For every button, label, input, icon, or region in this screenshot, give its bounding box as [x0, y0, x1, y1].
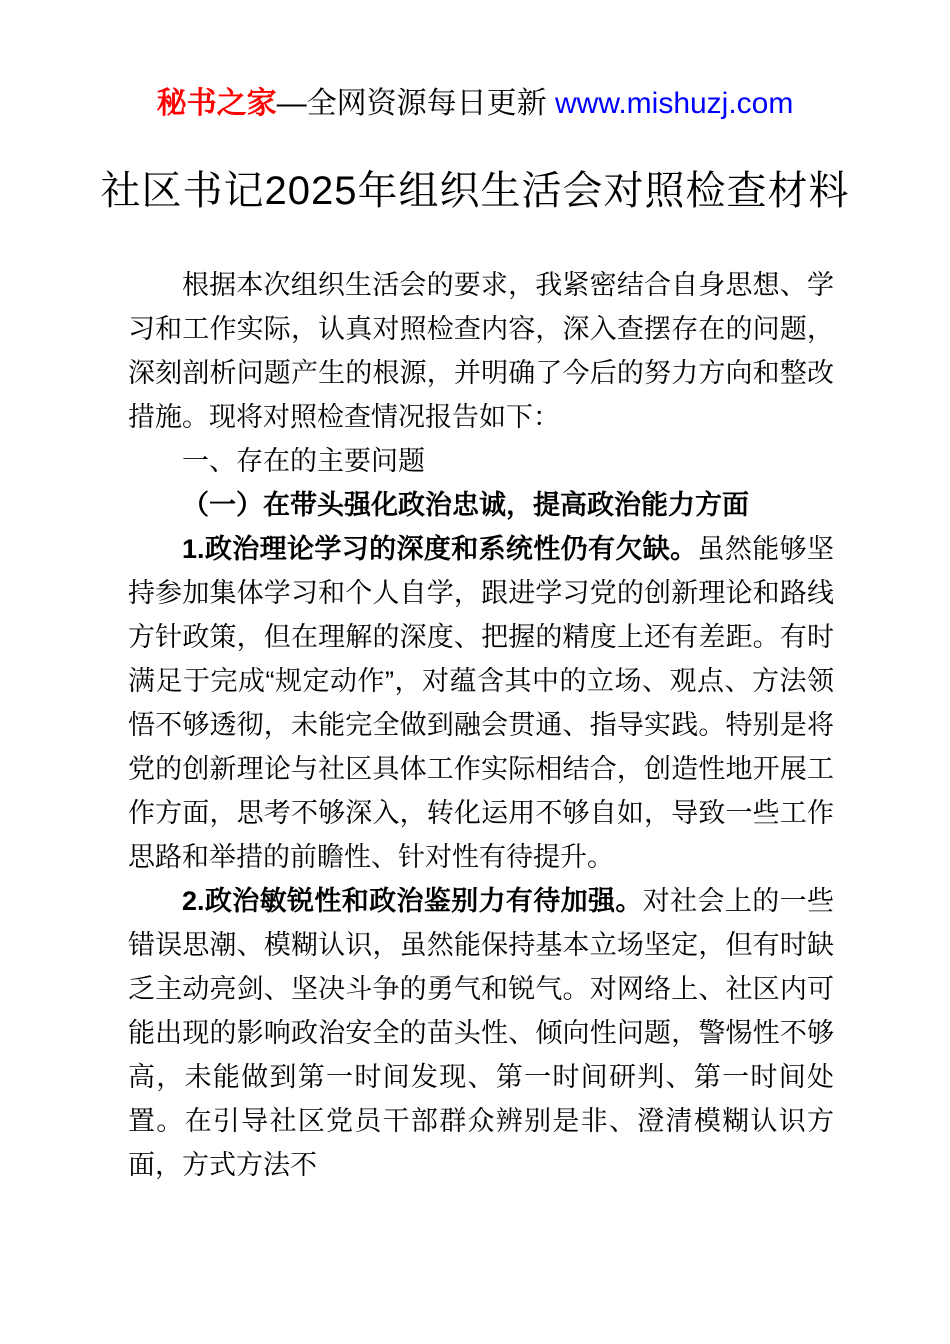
subsection-heading-1-1: （一）在带头强化政治忠诚，提高政治能力方面 — [128, 483, 834, 527]
item-1-paragraph: 1.政治理论学习的深度和系统性仍有欠缺。虽然能够坚持参加集体学习和个人自学，跟进… — [128, 527, 834, 879]
section-heading-1: 一、存在的主要问题 — [128, 439, 834, 483]
intro-paragraph: 根据本次组织生活会的要求，我紧密结合自身思想、学习和工作实际，认真对照检查内容，… — [128, 263, 834, 439]
site-url-link[interactable]: www.mishuzj.com — [555, 87, 793, 120]
document-page: 秘书之家—全网资源每日更新 www.mishuzj.com 社区书记2025年组… — [0, 0, 950, 1344]
item-2-text: 对社会上的一些错误思潮、模糊认识，虽然能保持基本立场坚定，但有时缺乏主动亮剑、坚… — [128, 886, 834, 1180]
item-1-lead: 1.政治理论学习的深度和系统性仍有欠缺。 — [182, 534, 698, 564]
site-tagline: —全网资源每日更新 — [277, 87, 555, 120]
item-2-paragraph: 2.政治敏锐性和政治鉴别力有待加强。对社会上的一些错误思潮、模糊认识，虽然能保持… — [128, 879, 834, 1187]
document-title: 社区书记2025年组织生活会对照检查材料 — [0, 162, 950, 220]
site-brand: 秘书之家 — [157, 87, 277, 120]
site-header: 秘书之家—全网资源每日更新 www.mishuzj.com — [0, 0, 950, 122]
item-1-text: 虽然能够坚持参加集体学习和个人自学，跟进学习党的创新理论和路线方针政策，但在理解… — [128, 534, 834, 872]
item-2-lead: 2.政治敏锐性和政治鉴别力有待加强。 — [182, 886, 643, 916]
document-body: 根据本次组织生活会的要求，我紧密结合自身思想、学习和工作实际，认真对照检查内容，… — [128, 263, 834, 1187]
